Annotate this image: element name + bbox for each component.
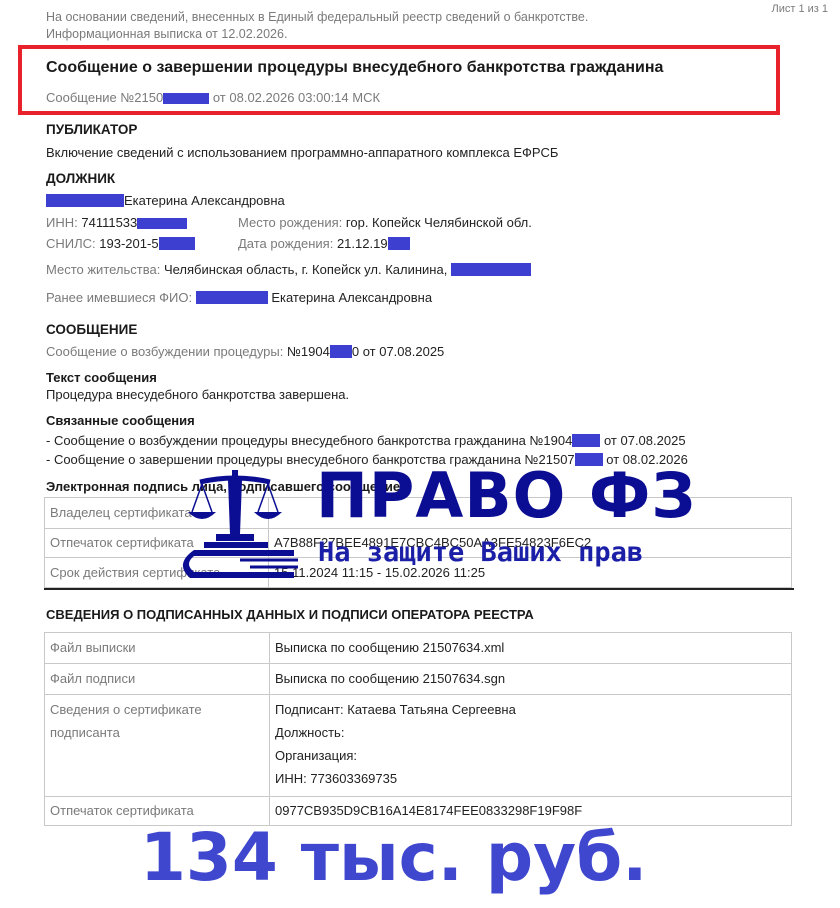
related-messages-heading: Связанные сообщения [46, 413, 195, 428]
related-message-date: от 07.08.2025 [604, 433, 686, 448]
message-number-suffix: от 08.02.2026 03:00:14 МСК [213, 90, 380, 105]
message-text: Процедура внесудебного банкротства завер… [46, 387, 349, 402]
sheet-counter: Лист 1 из 1 [772, 3, 829, 15]
cell-value: Выписка по сообщению 21507634.sgn [270, 664, 792, 695]
operator-heading: СВЕДЕНИЯ О ПОДПИСАННЫХ ДАННЫХ И ПОДПИСИ … [46, 607, 534, 622]
debtor-inn: ИНН: 74111533 [46, 215, 187, 230]
inn-value: 74111533 [81, 215, 137, 230]
related-message-text: - Сообщение о возбуждении процедуры внес… [46, 433, 572, 448]
operator-table: Файл выписки Выписка по сообщению 215076… [44, 632, 792, 826]
redaction-mark [159, 237, 195, 250]
cell-label: Сведения о сертификате подписанта [45, 695, 270, 797]
redaction-mark [388, 237, 410, 250]
debtor-previous-name: Ранее имевшиеся ФИО: Екатерина Александр… [46, 290, 432, 305]
redaction-mark [330, 345, 352, 358]
initiation-label: Сообщение о возбуждении процедуры: [46, 344, 283, 359]
debtor-birthplace: Место рождения: гор. Копейск Челябинской… [238, 215, 532, 230]
debtor-name-text: Екатерина Александровна [124, 193, 285, 208]
publisher-heading: ПУБЛИКАТОР [46, 122, 137, 137]
cell-value: Подписант: Катаева Татьяна Сергеевна Дол… [270, 695, 792, 797]
message-title-box: Сообщение о завершении процедуры внесуде… [18, 45, 780, 115]
inn-label: ИНН: [46, 215, 78, 230]
debtor-snils: СНИЛС: 193-201-5 [46, 236, 195, 251]
message-heading: СООБЩЕНИЕ [46, 322, 137, 337]
page-title: Сообщение о завершении процедуры внесуде… [46, 59, 663, 77]
message-text-heading: Текст сообщения [46, 370, 157, 385]
scales-book-logo-icon [180, 468, 320, 583]
signer-inn: ИНН: 773603369735 [275, 767, 786, 790]
watermark-title: ПРАВО ФЗ [316, 461, 696, 531]
publisher-text: Включение сведений с использованием прог… [46, 145, 558, 160]
related-message-item[interactable]: - Сообщение о возбуждении процедуры внес… [46, 433, 686, 448]
residence-label: Место жительства: [46, 262, 160, 277]
table-row: Файл подписи Выписка по сообщению 215076… [45, 664, 792, 695]
message-number: Сообщение №2150 от 08.02.2026 03:00:14 М… [46, 90, 380, 105]
redaction-mark [46, 194, 124, 207]
price-overlay: 134 тыс. руб. [140, 818, 647, 898]
redaction-mark [451, 263, 531, 276]
birthdate-value: 21.12.19 [337, 236, 388, 251]
debtor-birthdate: Дата рождения: 21.12.19 [238, 236, 410, 251]
table-row: Сведения о сертификате подписанта Подпис… [45, 695, 792, 797]
initiation-prefix: №1904 [287, 344, 330, 359]
message-number-prefix: Сообщение №2150 [46, 90, 163, 105]
prev-name-value: Екатерина Александровна [271, 290, 432, 305]
initiation-suffix: 0 от 07.08.2025 [352, 344, 444, 359]
redaction-mark [572, 434, 600, 447]
birthplace-value: гор. Копейск Челябинской обл. [346, 215, 532, 230]
cell-label: Файл подписи [45, 664, 270, 695]
intro-line-1: На основании сведений, внесенных в Едины… [46, 9, 588, 26]
debtor-residence: Место жительства: Челябинская область, г… [46, 262, 531, 277]
snils-label: СНИЛС: [46, 236, 96, 251]
birthdate-label: Дата рождения: [238, 236, 333, 251]
cell-label: Файл выписки [45, 633, 270, 664]
cell-value: Выписка по сообщению 21507634.xml [270, 633, 792, 664]
signer-name: Подписант: Катаева Татьяна Сергеевна [275, 698, 786, 721]
redaction-mark [163, 93, 209, 104]
signer-organization: Организация: [275, 744, 786, 767]
document-intro: На основании сведений, внесенных в Едины… [46, 9, 588, 43]
snils-value: 193-201-5 [99, 236, 158, 251]
prev-name-label: Ранее имевшиеся ФИО: [46, 290, 192, 305]
divider [44, 588, 794, 590]
birthplace-label: Место рождения: [238, 215, 342, 230]
debtor-name: Екатерина Александровна [46, 193, 285, 208]
signer-position: Должность: [275, 721, 786, 744]
redaction-mark [137, 218, 187, 229]
watermark-subtitle: На защите Ваших прав [318, 536, 643, 570]
residence-value: Челябинская область, г. Копейск ул. Кали… [164, 262, 447, 277]
initiation-message: Сообщение о возбуждении процедуры: №1904… [46, 344, 444, 359]
redaction-mark [196, 291, 268, 304]
table-row: Файл выписки Выписка по сообщению 215076… [45, 633, 792, 664]
intro-line-2: Информационная выписка от 12.02.2026. [46, 26, 588, 43]
debtor-heading: ДОЛЖНИК [46, 171, 115, 186]
